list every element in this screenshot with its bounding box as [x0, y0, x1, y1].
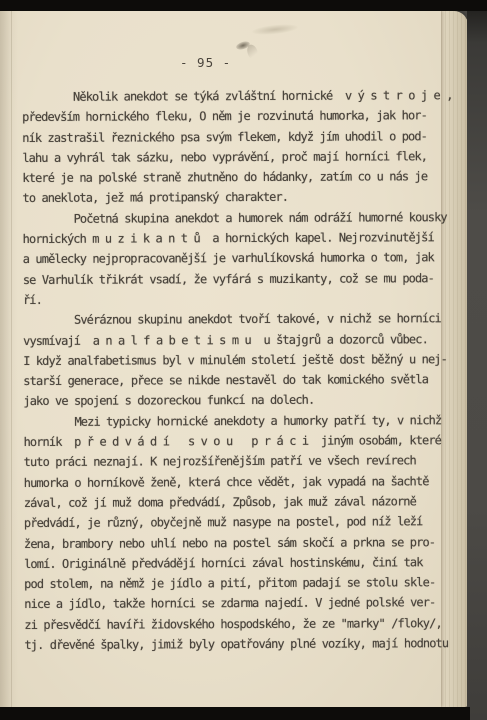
photo-background-right — [467, 0, 487, 720]
ink-smudge — [235, 40, 250, 51]
text-line: žena, brambory nebo uhlí nebo na postel … — [24, 532, 456, 554]
text-line: lahu a vyhrál tak sázku, nebo vyprávění,… — [22, 146, 454, 168]
text-line: vysmívají a n a l f a b e t i s m u u št… — [23, 329, 455, 351]
text-line: se Varhulík třikrát vsadí, že vyfárá s m… — [23, 268, 455, 290]
text-line: humorka o horníkově ženě, která chce věd… — [24, 471, 456, 493]
book-page: - 95 - Několik anekdot se týká zvláštní … — [0, 11, 468, 707]
page-surface: - 95 - Několik anekdot se týká zvláštní … — [0, 11, 441, 707]
text-line: tj. dřevěné špalky, jimiž byly opatřován… — [24, 633, 456, 655]
text-line: které je na polské straně zhutněno do há… — [22, 166, 454, 188]
faint-smudge — [252, 23, 299, 37]
text-line: Svéráznou skupinu anekdot tvoří takové, … — [23, 308, 455, 330]
text-line: zával, což jí muž doma předvádí, Způsob,… — [24, 491, 456, 513]
page-number: - 95 - — [180, 55, 231, 70]
text-line: Několik anekdot se týká zvláštní hornick… — [22, 85, 454, 107]
text-line: tuto práci neznají. K nejrozšířenějším p… — [24, 450, 456, 472]
text-block: Několik anekdot se týká zvláštní hornick… — [22, 85, 456, 655]
paragraph-1: Několik anekdot se týká zvláštní hornick… — [22, 85, 455, 209]
paragraph-2: Početná skupina anekdot a humorek nám od… — [23, 207, 455, 310]
text-line: I když analfabetismus byl v minulém stol… — [23, 349, 455, 371]
text-line: především hornického fleku, O něm je roz… — [22, 105, 454, 127]
text-line: to aneklota, jež má protipanský charakte… — [22, 187, 454, 209]
text-line: Početná skupina anekdot a humorek nám od… — [23, 207, 455, 229]
gutter-shadow — [0, 11, 18, 707]
text-line: lomí. Originálně předvádějí horníci záva… — [24, 552, 456, 574]
text-line: pod stolem, na němž je jídlo a pití, při… — [24, 572, 456, 594]
text-line: Mezi typicky hornické anekdoty a humorky… — [23, 410, 455, 432]
text-line: a umělecky nejpropracovanější je varhulí… — [23, 247, 455, 269]
text-line: nice a jídlo, takže horníci se zdarma na… — [24, 593, 456, 615]
text-line: předvádí, je různý, obyčejně muž nasype … — [24, 511, 456, 533]
text-line: horník p ř e d v á d í s v o u p r á c i… — [24, 430, 456, 452]
text-line: starší generace, přece se nikde nestavěl… — [23, 369, 455, 391]
paragraph-3: Svéráznou skupinu anekdot tvoří takové, … — [23, 308, 455, 411]
scanned-book-photo: { "page": { "number_label": "- 95 -", "p… — [0, 0, 487, 720]
text-line: ník zastrašil řeznického psa svým flekem… — [22, 126, 454, 148]
paragraph-4: Mezi typicky hornické anekdoty a humorky… — [23, 410, 456, 655]
text-line: zi přesvědčí havíři židovského hospodské… — [24, 613, 456, 635]
photo-background-bottom-band — [0, 707, 470, 720]
text-line: hornických m u z i k a n t ů a hornickýc… — [23, 227, 455, 249]
text-line: ří. — [23, 288, 455, 310]
photo-background-top-band — [0, 0, 487, 11]
text-line: jako ve spojení s dozoreckou funkcí na d… — [23, 390, 455, 412]
